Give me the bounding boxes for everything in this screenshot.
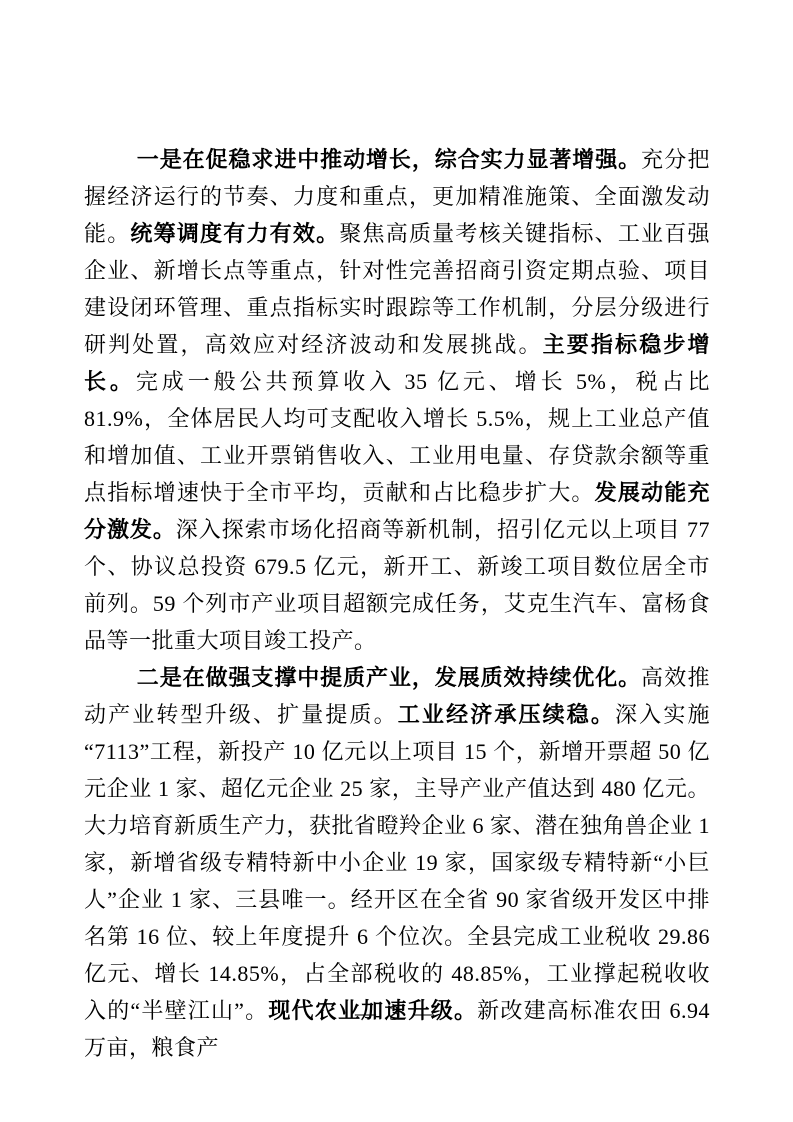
text-segment-emphasis: 统筹调度有力有效。	[130, 221, 339, 246]
text-segment-normal: 深入实施“7113”工程，新投产 10 亿元以上项目 15 个，新增开票超 50…	[84, 702, 710, 1023]
paragraph: 一是在促稳求进中推动增长，综合实力显著增强。充分把握经济运行的节奏、力度和重点，…	[84, 141, 710, 659]
document-page: 一是在促稳求进中推动增长，综合实力显著增强。充分把握经济运行的节奏、力度和重点，…	[0, 0, 793, 1122]
text-segment-lead: 一是在促稳求进中推动增长，综合实力显著增强。	[137, 147, 641, 172]
page-number: — 3 —	[0, 1001, 793, 1026]
text-segment-normal: 深入探索市场化招商等新机制，招引亿元以上项目 77 个、协议总投资 679.5 …	[84, 517, 710, 653]
text-segment-lead: 二是在做强支撑中提质产业，发展质效持续优化。	[137, 665, 641, 690]
document-body: 一是在促稳求进中推动增长，综合实力显著增强。充分把握经济运行的节奏、力度和重点，…	[84, 141, 710, 1066]
text-segment-emphasis: 工业经济承压续稳。	[398, 702, 615, 727]
